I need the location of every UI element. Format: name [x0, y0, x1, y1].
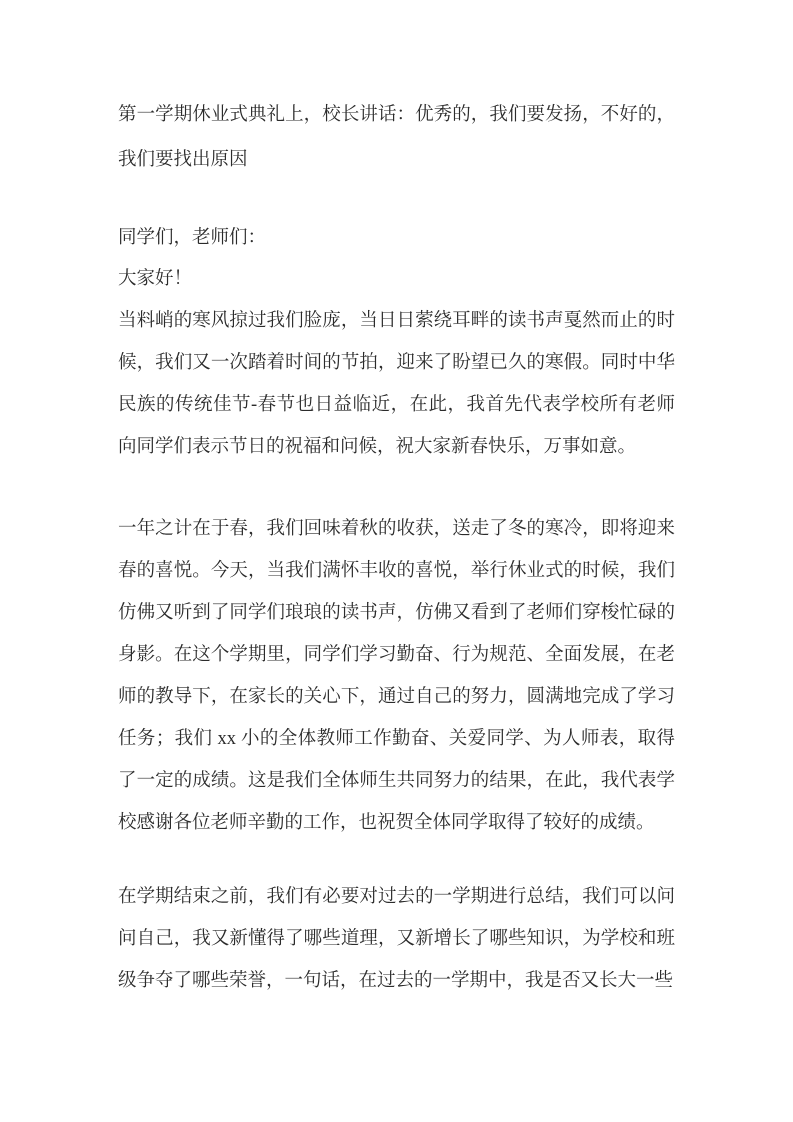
- greeting-line: 大家好！: [118, 259, 675, 300]
- paragraph-winter-break-opening: 当料峭的寒风掠过我们脸庞，当日日萦绕耳畔的读书声戛然而止的时候，我们又一次踏着时…: [118, 300, 675, 468]
- salutation-line: 同学们，老师们：: [118, 218, 675, 259]
- document-title: 第一学期休业式典礼上，校长讲话：优秀的，我们要发扬，不好的，我们要找出原因: [118, 93, 675, 183]
- paragraph-semester-achievements: 一年之计在于春，我们回味着秋的收获，送走了冬的寒冷，即将迎来春的喜悦。今天，当我…: [118, 508, 675, 844]
- document-page: 第一学期休业式典礼上，校长讲话：优秀的，我们要发扬，不好的，我们要找出原因 同学…: [0, 0, 793, 1122]
- paragraph-semester-reflection: 在学期结束之前，我们有必要对过去的一学期进行总结，我们可以问问自己，我又新懂得了…: [118, 876, 675, 1002]
